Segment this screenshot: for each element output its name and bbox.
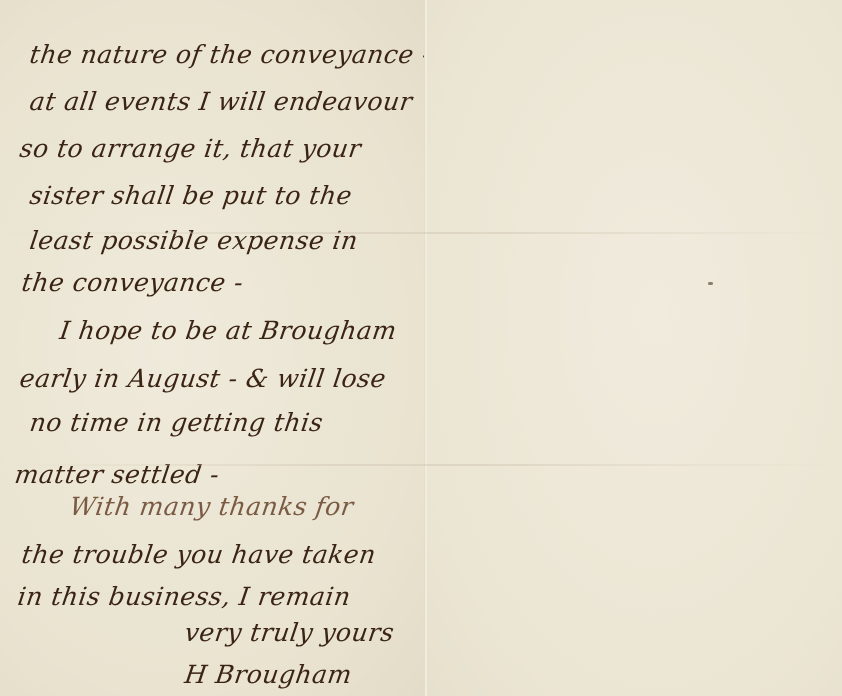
paper-mark xyxy=(708,282,713,285)
letter-line: least possible expense in xyxy=(28,226,360,255)
letter-line: no time in getting this xyxy=(28,408,325,437)
letter-line: I hope to be at Brougham xyxy=(58,316,399,345)
letter-line: the trouble you have taken xyxy=(20,540,378,569)
paper-crease xyxy=(0,232,842,234)
letter-line: sister shall be put to the xyxy=(28,181,354,210)
letter-line: early in August - & will lose xyxy=(18,364,388,393)
letter-line: With many thanks for xyxy=(68,492,356,521)
letter-line: in this business, I remain xyxy=(16,582,353,611)
letter-signature: H Brougham xyxy=(183,660,354,689)
letter-line: so to arrange it, that your xyxy=(18,134,363,163)
left-page: the nature of the conveyance - at all ev… xyxy=(0,0,425,696)
letter-sheet: the nature of the conveyance - at all ev… xyxy=(0,0,842,696)
letter-line: the conveyance - xyxy=(20,268,245,297)
letter-closing: very truly yours xyxy=(183,618,396,647)
letter-line: the nature of the conveyance - xyxy=(28,40,433,69)
letter-line: at all events I will endeavour xyxy=(28,87,414,116)
paper-crease xyxy=(0,464,842,466)
right-page xyxy=(427,0,842,696)
